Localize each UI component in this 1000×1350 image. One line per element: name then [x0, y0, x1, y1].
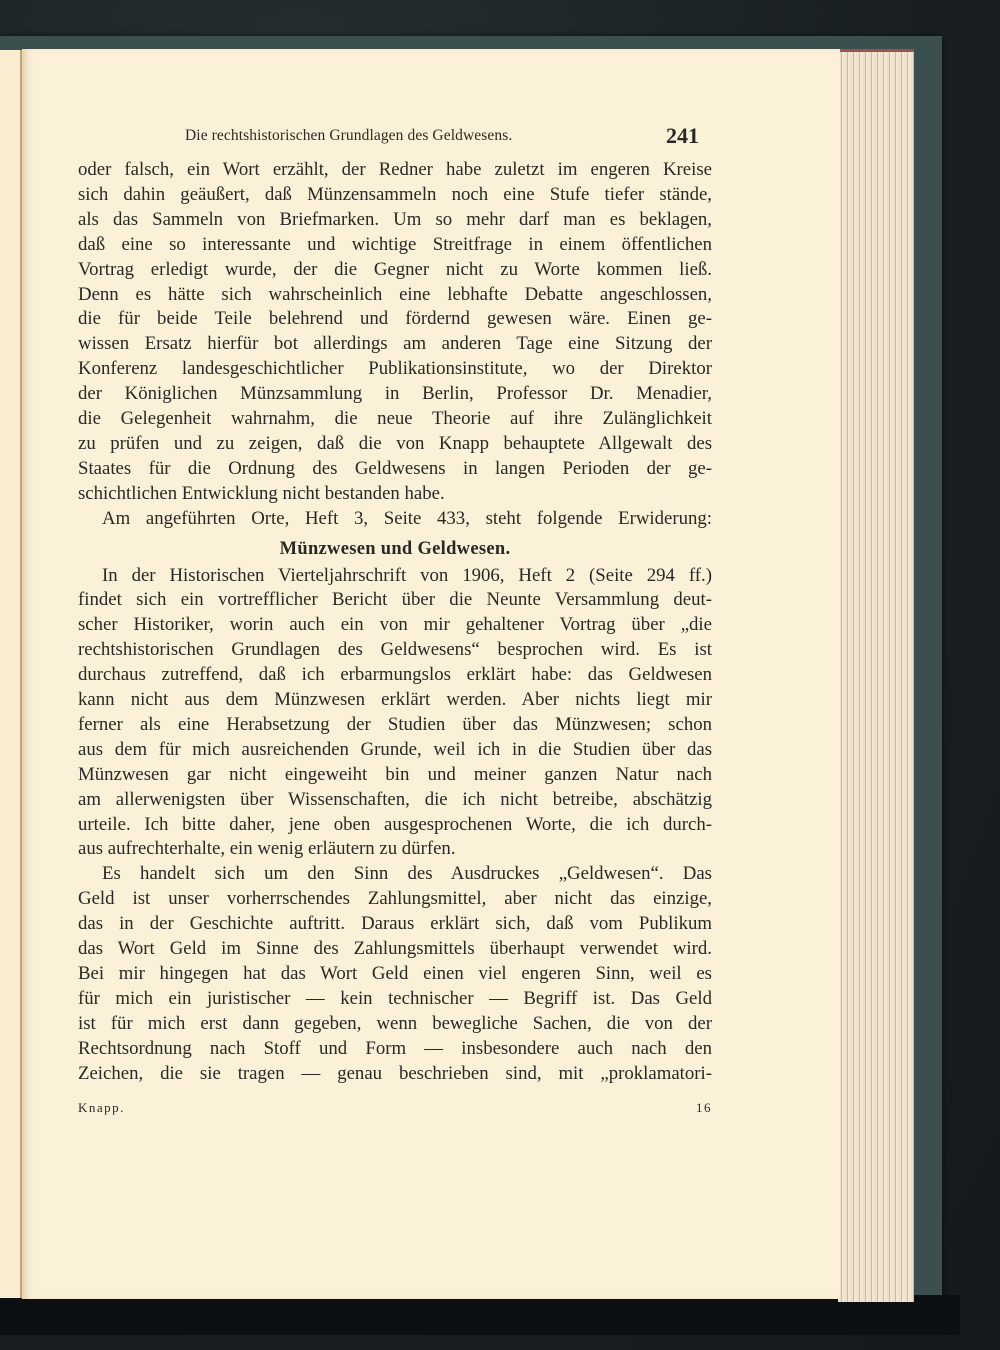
page-number: 241	[666, 123, 699, 149]
text-line: Am angeführten Orte, Heft 3, Seite 433, …	[78, 507, 712, 532]
text-line: daß eine so interessante und wichtige St…	[78, 233, 712, 258]
paragraph: oder falsch, ein Wort erzählt, der Redne…	[78, 158, 712, 507]
text-line: Geld ist unser vorherrschendes Zahlungsm…	[78, 887, 712, 912]
page-footer: Knapp. 16	[78, 1100, 712, 1116]
text-line: zu prüfen und zu zeigen, daß die von Kna…	[78, 432, 712, 457]
text-line: rechtshistorischen Grundlagen des Geldwe…	[78, 638, 712, 663]
paragraph: In der Historischen Vierteljahrschrift v…	[78, 564, 712, 863]
page-stack-edge	[838, 49, 914, 1302]
text-line: scher Historiker, worin auch ein von mir…	[78, 613, 712, 638]
paragraph: Es handelt sich um den Sinn des Ausdruck…	[78, 862, 712, 1086]
text-line: der Königlichen Münzsammlung in Berlin, …	[78, 382, 712, 407]
text-line: ist für mich erst dann gegeben, wenn bew…	[78, 1012, 712, 1037]
text-line: am allerwenigsten über Wissenschaften, d…	[78, 788, 712, 813]
text-line: kann nicht aus dem Münzwesen erklärt wer…	[78, 688, 712, 713]
text-line: die für beide Teile belehrend und förder…	[78, 307, 712, 332]
text-line: aus aufrechterhalte, ein wenig erläutern…	[78, 837, 712, 862]
text-line: Münzwesen gar nicht eingeweiht bin und m…	[78, 763, 712, 788]
text-line: das in der Geschichte auftritt. Daraus e…	[78, 912, 712, 937]
text-line: Rechtsordnung nach Stoff und Form — insb…	[78, 1037, 712, 1062]
text-line: Staates für die Ordnung des Geldwesens i…	[78, 457, 712, 482]
text-line: ferner als eine Herabsetzung der Studien…	[78, 713, 712, 738]
text-line: Konferenz landesgeschichtlicher Publikat…	[78, 357, 712, 382]
section-heading: Münzwesen und Geldwesen.	[78, 537, 712, 562]
text-line: sich dahin geäußert, daß Münzensammeln n…	[78, 183, 712, 208]
text-line: Es handelt sich um den Sinn des Ausdruck…	[78, 862, 712, 887]
text-line: durchaus zutreffend, daß ich erbarmungsl…	[78, 663, 712, 688]
body-text: oder falsch, ein Wort erzählt, der Redne…	[78, 158, 712, 1087]
text-line: das Wort Geld im Sinne des Zahlungsmitte…	[78, 937, 712, 962]
text-line: für mich ein juristischer — kein technis…	[78, 987, 712, 1012]
text-line: Vortrag erledigt wurde, der die Gegner n…	[78, 258, 712, 283]
text-line: Bei mir hingegen hat das Wort Geld einen…	[78, 962, 712, 987]
text-line: als das Sammeln von Briefmarken. Um so m…	[78, 208, 712, 233]
text-line: schichtlichen Entwicklung nicht bestande…	[78, 482, 712, 507]
text-line: In der Historischen Vierteljahrschrift v…	[78, 564, 712, 589]
running-head: Die rechtshistorischen Grundlagen des Ge…	[185, 127, 705, 145]
signature-mark: Knapp.	[78, 1100, 125, 1116]
text-line: urteile. Ich bitte daher, jene oben ausg…	[78, 813, 712, 838]
text-line: oder falsch, ein Wort erzählt, der Redne…	[78, 158, 712, 183]
paragraph: Am angeführten Orte, Heft 3, Seite 433, …	[78, 507, 712, 532]
text-line: die Gelegenheit wahrnahm, die neue Theor…	[78, 407, 712, 432]
left-page-edge	[0, 50, 22, 1298]
sheet-number: 16	[696, 1100, 712, 1116]
text-line: Denn es hätte sich wahrscheinlich eine l…	[78, 283, 712, 308]
text-line: aus dem für mich ausreichenden Grunde, w…	[78, 738, 712, 763]
text-line: Zeichen, die sie tragen — genau beschrie…	[78, 1062, 712, 1087]
text-line: wissen Ersatz hierfür bot allerdings am …	[78, 332, 712, 357]
text-line: findet sich ein vortrefflicher Bericht ü…	[78, 588, 712, 613]
cover-shadow	[0, 1295, 960, 1335]
